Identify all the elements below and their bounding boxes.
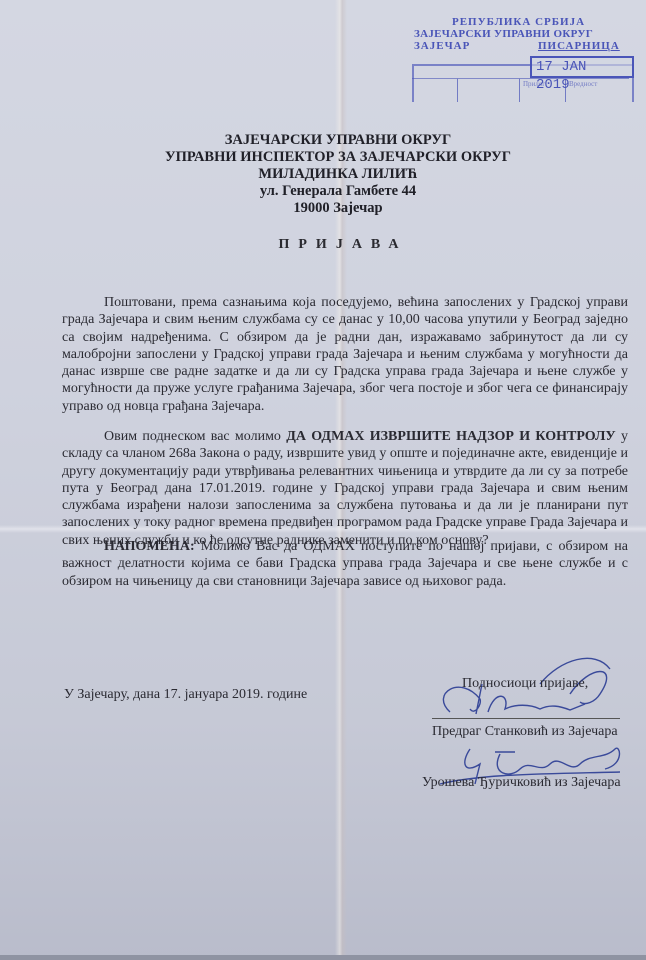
stamp-line-2: ЗАЈЕЧАРСКИ УПРАВНИ ОКРУГ <box>414 28 593 40</box>
stamp-cell: Вредност <box>566 78 629 102</box>
header-line-2: УПРАВНИ ИНСПЕКТОР ЗА ЗАЈЕЧАРСКИ ОКРУГ <box>30 149 646 166</box>
header-line-1: ЗАЈЕЧАРСКИ УПРАВНИ ОКРУГ <box>30 132 646 149</box>
stamp-date: 17 JAN 2019 <box>530 56 634 78</box>
stamp-cell <box>412 78 458 102</box>
paragraph-2-start: Овим поднеском вас молимо <box>104 429 286 444</box>
paragraph-2: Овим поднеском вас молимо ДА ОДМАХ ИЗВРШ… <box>62 428 628 549</box>
signatures-heading: Подносиоци пријаве, <box>462 676 588 692</box>
paragraph-2-rest: у складу са чланом 268а Закона о раду, и… <box>62 429 628 548</box>
paragraph-1: Поштовани, према сазнањима која поседује… <box>62 294 628 415</box>
document-title: ПРИЈАВА <box>0 237 646 253</box>
registry-stamp: РЕПУБЛИКА СРБИЈА ЗАЈЕЧАРСКИ УПРАВНИ ОКРУ… <box>412 12 634 100</box>
header-line-4: ул. Генерала Гамбете 44 <box>30 183 646 200</box>
stamp-line-3-right: ПИСАРНИЦА <box>538 40 620 52</box>
signature-line <box>432 718 620 719</box>
stamp-line-1: РЕПУБЛИКА СРБИЈА <box>452 16 585 28</box>
paragraph-2-emphasis: ДА ОДМАХ ИЗВРШИТЕ НАДЗОР И КОНТРОЛУ <box>286 429 616 444</box>
photo-bottom-edge <box>0 955 646 960</box>
header-line-3: МИЛАДИНКА ЛИЛИЋ <box>30 166 646 183</box>
note-label: НАПОМЕНА: <box>104 539 195 554</box>
stamp-cell <box>458 78 520 102</box>
stamp-cells: Прилог Вредност <box>412 78 630 102</box>
place-and-date: У Зајечару, дана 17. јануара 2019. годин… <box>64 687 307 703</box>
addressee-header: ЗАЈЕЧАРСКИ УПРАВНИ ОКРУГ УПРАВНИ ИНСПЕКТ… <box>0 132 646 217</box>
stamp-line-3-left: ЗАЈЕЧАР <box>414 40 470 52</box>
paragraph-1-text: Поштовани, према сазнањима која поседује… <box>62 295 628 414</box>
signer-2-name: Урошева Ђуричковић из Зајечара <box>422 775 621 791</box>
paragraph-3-note: НАПОМЕНА: Молимо Вас да ОДМАХ поступите … <box>62 538 628 590</box>
header-line-5: 19000 Зајечар <box>30 200 646 217</box>
